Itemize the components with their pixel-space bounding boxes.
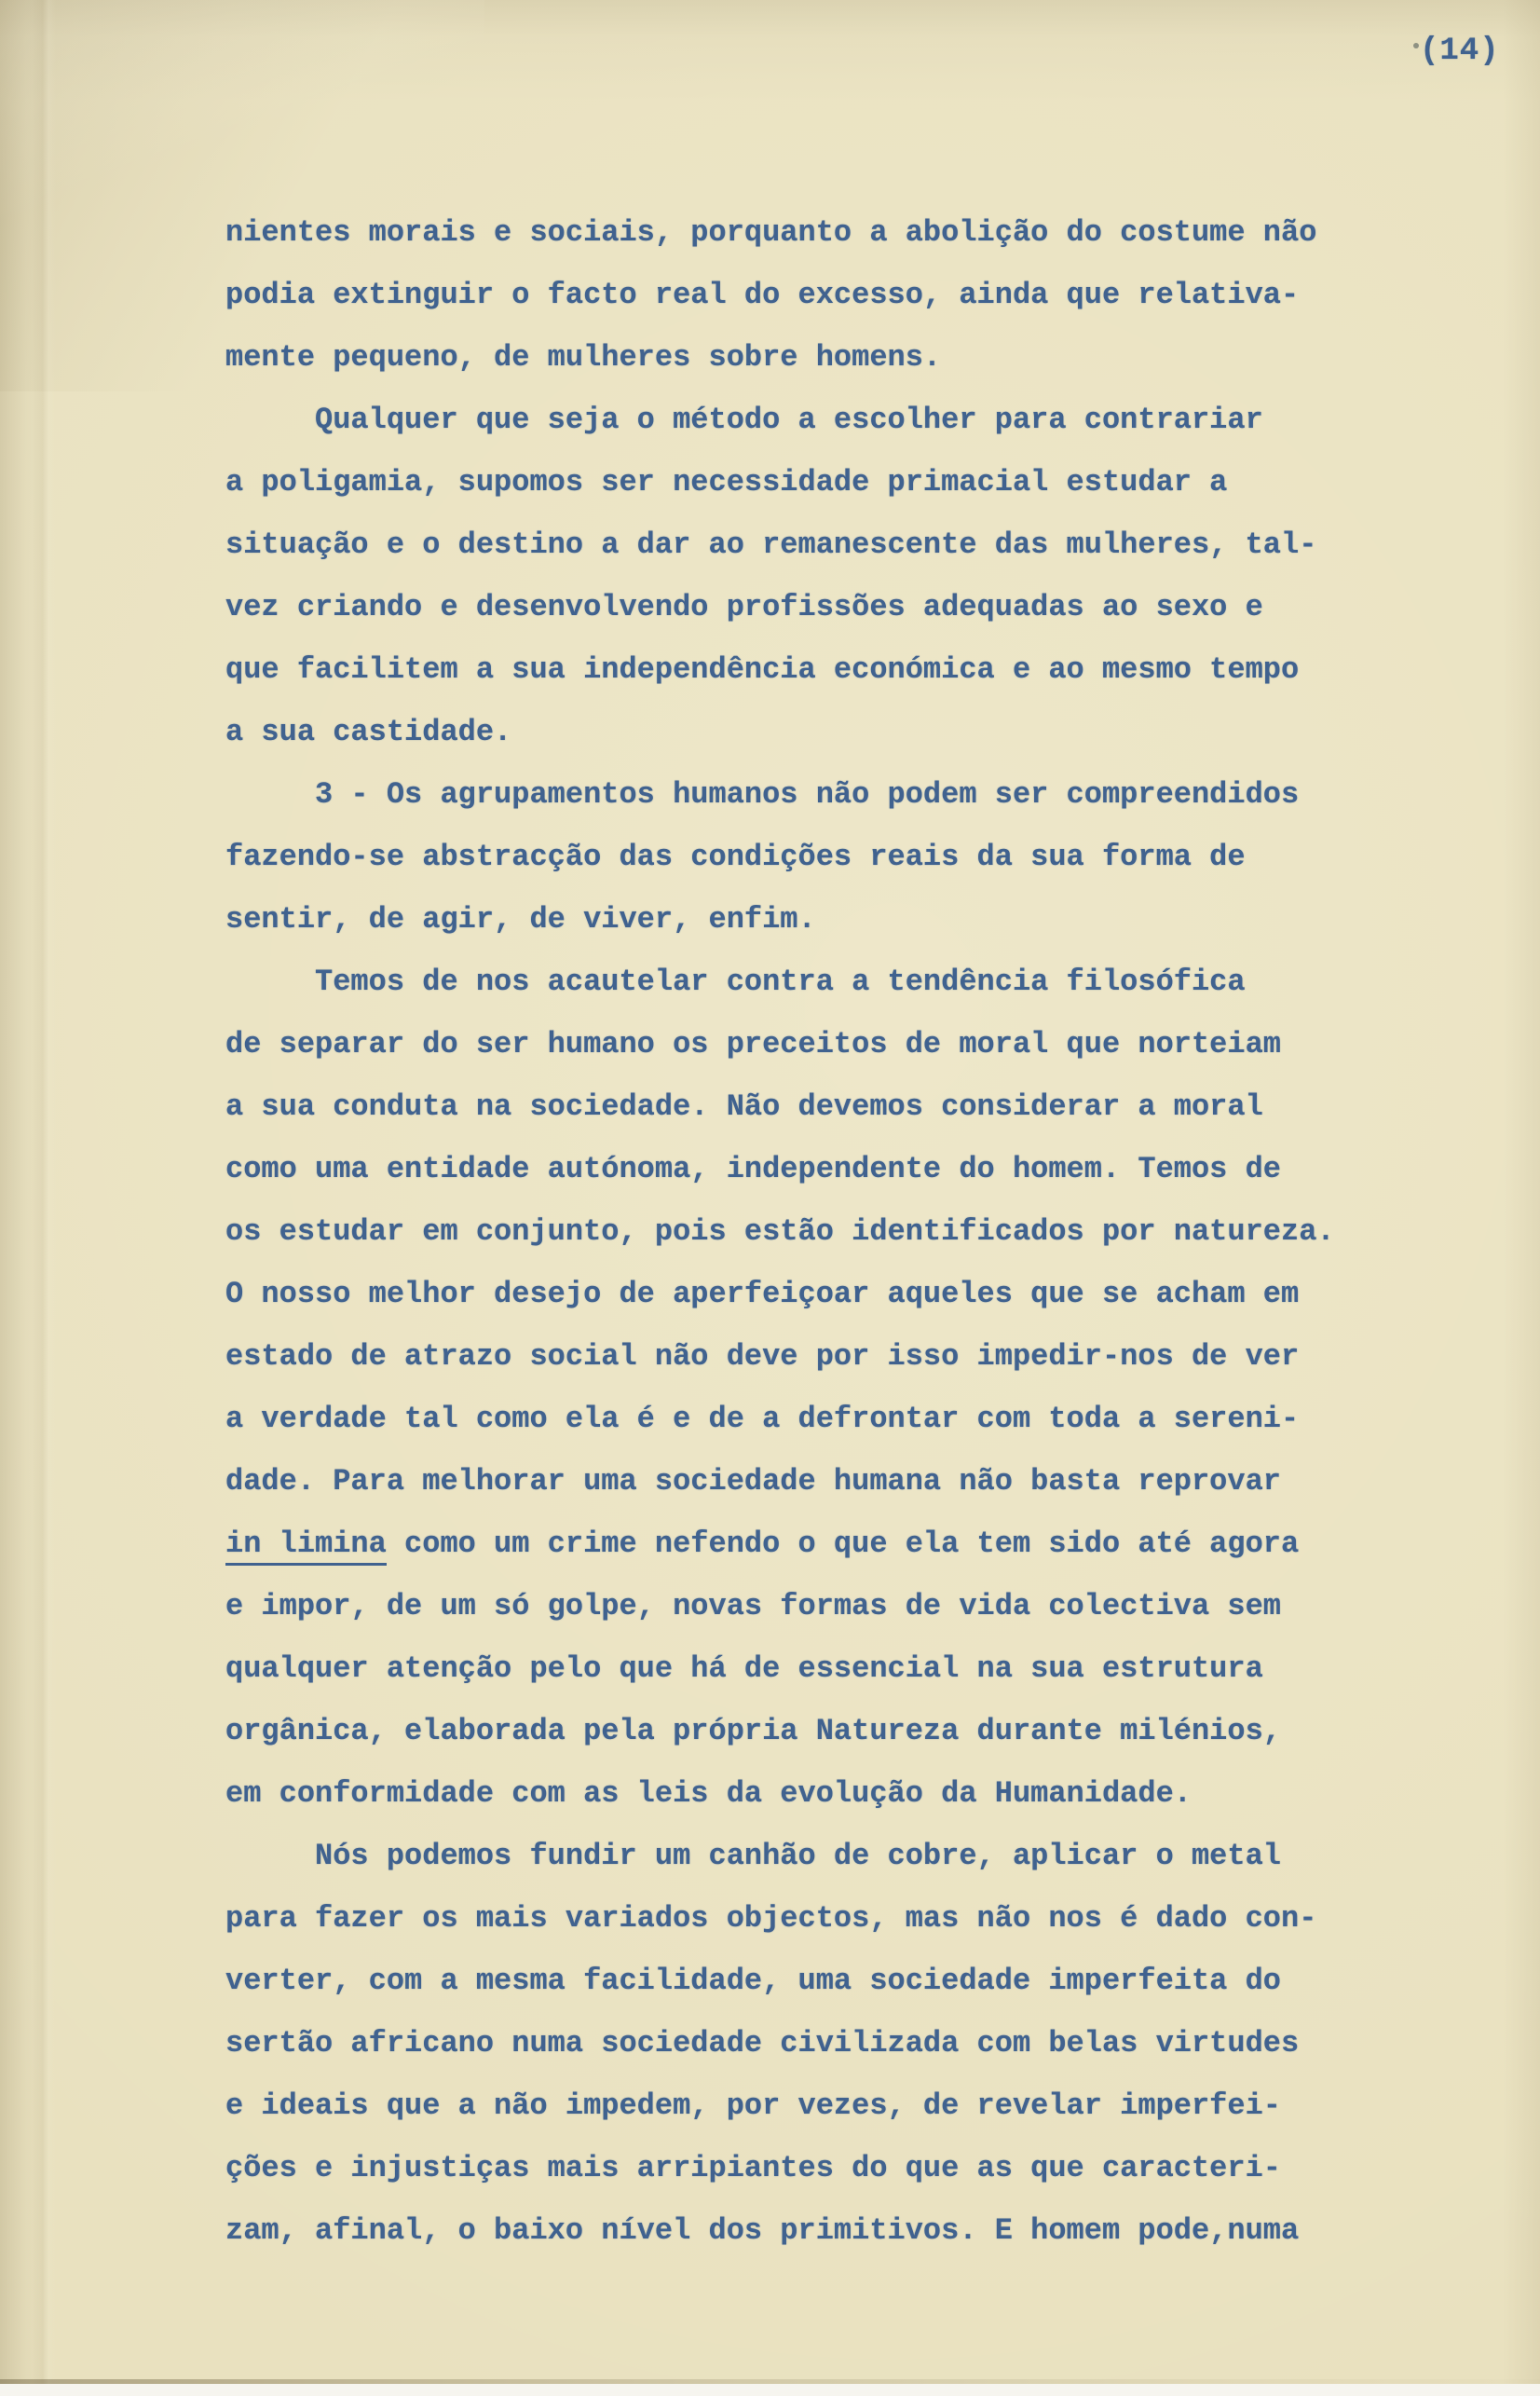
paper-crease [32,0,56,2396]
typewritten-line: Qualquer que seja o método a escolher pa… [225,389,1381,451]
underlined-phrase: in limina [225,1527,387,1566]
line-text: de separar do ser humano os preceitos de… [225,1027,1281,1061]
typewritten-line: situação e o destino a dar ao remanescen… [225,513,1381,576]
typewritten-line: podia extinguir o facto real do excesso,… [225,264,1381,326]
typewritten-line: como uma entidade autónoma, independente… [225,1138,1381,1200]
line-text: e ideais que a não impedem, por vezes, d… [225,2088,1281,2123]
line-text: como um crime nefendo o que ela tem sido… [387,1527,1299,1561]
line-text: dade. Para melhorar uma sociedade humana… [225,1464,1281,1499]
line-text: podia extinguir o facto real do excesso,… [225,278,1299,312]
typewritten-line: fazendo-se abstracção das condições reai… [225,826,1381,888]
line-text: como uma entidade autónoma, independente… [225,1152,1281,1186]
typewritten-line: vez criando e desenvolvendo profissões a… [225,576,1381,638]
typewritten-line: em conformidade com as leis da evolução … [225,1762,1381,1825]
line-text: situação e o destino a dar ao remanescen… [225,527,1316,562]
line-text: que facilitem a sua independência económ… [225,652,1299,687]
typewritten-line: qualquer atenção pelo que há de essencia… [225,1637,1381,1700]
line-text: a sua castidade. [225,715,511,749]
line-text: os estudar em conjunto, pois estão ident… [225,1214,1335,1249]
typewritten-line: e impor, de um só golpe, novas formas de… [225,1575,1381,1637]
typewritten-line: zam, afinal, o baixo nível dos primitivo… [225,2199,1381,2262]
line-text: ções e injustiças mais arripiantes do qu… [225,2151,1281,2185]
typewritten-line: que facilitem a sua independência económ… [225,638,1381,701]
page-number: (14) [1420,34,1500,69]
line-text: vez criando e desenvolvendo profissões a… [225,590,1263,624]
line-text: mente pequeno, de mulheres sobre homens. [225,340,941,375]
line-text: Qualquer que seja o método a escolher pa… [315,403,1263,437]
typewritten-text-block: nientes morais e sociais, porquanto a ab… [225,201,1381,2262]
typewritten-line: a verdade tal como ela é e de a defronta… [225,1388,1381,1450]
line-text: para fazer os mais variados objectos, ma… [225,1901,1316,1936]
typewritten-line: 3 - Os agrupamentos humanos não podem se… [225,763,1381,826]
scan-background-strip [0,2384,1540,2396]
line-text: qualquer atenção pelo que há de essencia… [225,1651,1263,1686]
typewritten-line: ções e injustiças mais arripiantes do qu… [225,2137,1381,2199]
typewritten-line: sertão africano numa sociedade civilizad… [225,2012,1381,2074]
typewritten-line: nientes morais e sociais, porquanto a ab… [225,201,1381,264]
line-text: Temos de nos acautelar contra a tendênci… [315,965,1246,999]
typewritten-line: estado de atrazo social não deve por iss… [225,1325,1381,1388]
paper-speck [1413,43,1419,48]
line-text: nientes morais e sociais, porquanto a ab… [225,215,1316,250]
line-text: sertão africano numa sociedade civilizad… [225,2026,1299,2061]
typewritten-line: orgânica, elaborada pela própria Naturez… [225,1700,1381,1762]
line-text: sentir, de agir, de viver, enfim. [225,902,816,937]
line-text: em conformidade com as leis da evolução … [225,1776,1192,1811]
line-text: O nosso melhor desejo de aperfeiçoar aqu… [225,1277,1299,1311]
line-text: a sua conduta na sociedade. Não devemos … [225,1089,1263,1124]
line-text: fazendo-se abstracção das condições reai… [225,840,1246,874]
typewritten-line: Temos de nos acautelar contra a tendênci… [225,951,1381,1013]
line-text: 3 - Os agrupamentos humanos não podem se… [315,777,1299,812]
typewritten-line: a poligamia, supomos ser necessidade pri… [225,451,1381,513]
line-text: zam, afinal, o baixo nível dos primitivo… [225,2213,1299,2248]
typewritten-line: e ideais que a não impedem, por vezes, d… [225,2074,1381,2137]
line-text: a verdade tal como ela é e de a defronta… [225,1402,1299,1436]
line-text: estado de atrazo social não deve por iss… [225,1339,1299,1374]
typewritten-line: para fazer os mais variados objectos, ma… [225,1887,1381,1950]
line-text: orgânica, elaborada pela própria Naturez… [225,1714,1281,1748]
typewritten-line: verter, com a mesma facilidade, uma soci… [225,1950,1381,2012]
scanned-paper-page: (14) nientes morais e sociais, porquanto… [0,0,1540,2396]
typewritten-line: Nós podemos fundir um canhão de cobre, a… [225,1825,1381,1887]
typewritten-line: in limina como um crime nefendo o que el… [225,1513,1381,1575]
typewritten-line: O nosso melhor desejo de aperfeiçoar aqu… [225,1263,1381,1325]
line-text: e impor, de um só golpe, novas formas de… [225,1589,1281,1623]
typewritten-line: dade. Para melhorar uma sociedade humana… [225,1450,1381,1513]
typewritten-line: mente pequeno, de mulheres sobre homens. [225,326,1381,389]
line-text: a poligamia, supomos ser necessidade pri… [225,465,1227,500]
typewritten-line: de separar do ser humano os preceitos de… [225,1013,1381,1075]
typewritten-line: a sua conduta na sociedade. Não devemos … [225,1075,1381,1138]
line-text: Nós podemos fundir um canhão de cobre, a… [315,1839,1281,1873]
typewritten-line: sentir, de agir, de viver, enfim. [225,888,1381,951]
line-text: verter, com a mesma facilidade, uma soci… [225,1964,1281,1998]
typewritten-line: a sua castidade. [225,701,1381,763]
typewritten-line: os estudar em conjunto, pois estão ident… [225,1200,1381,1263]
